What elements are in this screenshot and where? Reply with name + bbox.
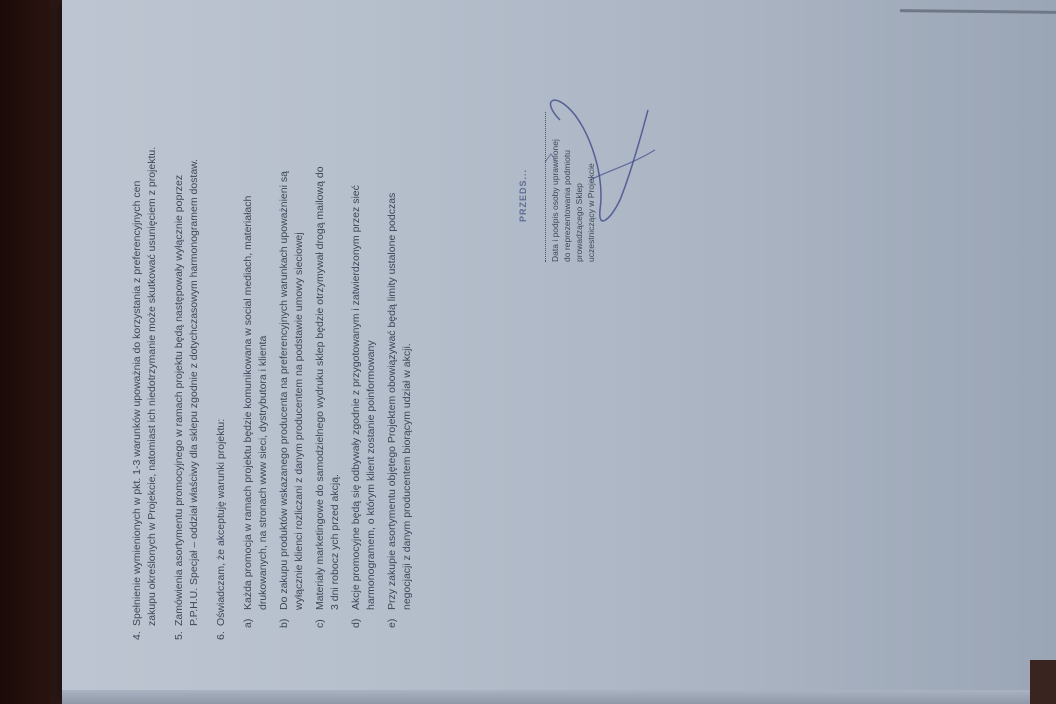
clause-number: 6. bbox=[214, 631, 229, 640]
handwritten-signature bbox=[530, 80, 660, 270]
subclause-text: negocjacji z danym producentem biorącym … bbox=[400, 20, 415, 610]
subclause-text: wyłącznie klienci rozliczani z danym pro… bbox=[292, 20, 307, 610]
subclause-text: 3 dni robocz ych przed akcją. bbox=[328, 20, 343, 610]
clause-4: 4. Spełnienie wymienionych w pkt. 1-3 wa… bbox=[130, 20, 160, 640]
company-stamp: PRZEDS... bbox=[517, 169, 529, 222]
clause-text: Spełnienie wymienionych w pkt. 1-3 warun… bbox=[130, 20, 145, 626]
subclause-text: Akcje promocyjne będą się odbywały zgodn… bbox=[349, 20, 364, 610]
subclause-b: b) Do zakupu produktów wskazanego produc… bbox=[277, 20, 307, 640]
background-surface bbox=[0, 0, 70, 704]
subclause-letter: d) bbox=[349, 619, 364, 628]
subclause-d: d) Akcje promocyjne będą się odbywały zg… bbox=[349, 20, 379, 640]
subclause-letter: c) bbox=[313, 619, 328, 628]
clause-text: Zamówienia asortymentu promocyjnego w ra… bbox=[172, 20, 187, 626]
clause-number: 5. bbox=[172, 631, 187, 640]
subclause-a: a) Każda promocja w ramach projektu będz… bbox=[241, 20, 271, 640]
clause-5: 5. Zamówienia asortymentu promocyjnego w… bbox=[172, 20, 202, 640]
clause-6: 6. Oświadczam, że akceptuję warunki proj… bbox=[214, 20, 229, 640]
clause-text: P.P.H.U. Specjał – oddział właściwy dla … bbox=[187, 20, 202, 626]
subclause-text: harmonogramem, o którym klient zostanie … bbox=[364, 20, 379, 610]
subclause-e: e) Przy zakupie asortymentu objętego Pro… bbox=[385, 20, 415, 640]
subclause-letter: b) bbox=[277, 619, 292, 628]
subclause-text: drukowanych, na stronach www sieci, dyst… bbox=[256, 20, 271, 610]
subclause-text: Materiały marketingowe do samodzielnego … bbox=[313, 20, 328, 610]
document-body: 4. Spełnienie wymienionych w pkt. 1-3 wa… bbox=[130, 20, 470, 640]
subclause-text: Przy zakupie asortymentu objętego Projek… bbox=[385, 20, 400, 610]
paper-bottom-edge bbox=[62, 690, 1056, 704]
subclause-letter: a) bbox=[241, 619, 256, 628]
subclause-text: Każda promocja w ramach projektu będzie … bbox=[241, 20, 256, 610]
subclause-c: c) Materiały marketingowe do samodzielne… bbox=[313, 20, 343, 640]
subclause-text: Do zakupu produktów wskazanego producent… bbox=[277, 20, 292, 610]
clause-text: zakupu określonych w Projekcie, natomias… bbox=[145, 20, 160, 626]
subclause-letter: e) bbox=[385, 619, 400, 628]
background-corner bbox=[1030, 660, 1056, 704]
clause-number: 4. bbox=[130, 631, 145, 640]
clause-text: Oświadczam, że akceptuję warunki projekt… bbox=[214, 20, 229, 626]
